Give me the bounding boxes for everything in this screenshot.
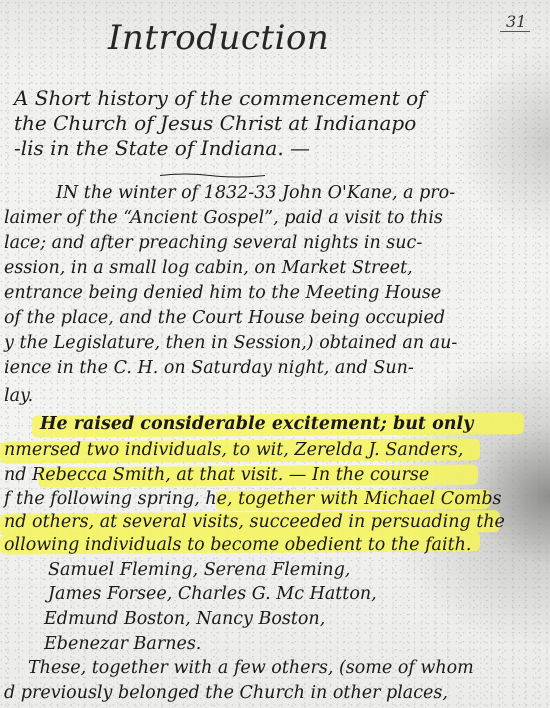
names-line: Edmund Boston, Nancy Boston, [44, 609, 325, 629]
divider-flourish-icon [160, 172, 265, 178]
body-line: ience in the C. H. on Saturday night, an… [4, 358, 414, 378]
body-line: nd Rebecca Smith, at that visit. — In th… [4, 465, 429, 485]
body-line: ollowing individuals to become obedient … [4, 535, 471, 555]
subtitle: A Short history of the commencement of t… [14, 86, 534, 161]
body-line: of the place, and the Court House being … [4, 308, 445, 328]
names-line: James Forsee, Charles G. Mc Hatton, [48, 584, 377, 604]
body-line: entrance being denied him to the Meeting… [4, 283, 441, 303]
body-line: nd others, at several visits, succeeded … [4, 512, 505, 532]
body-line: laimer of the “Ancient Gospel”, paid a v… [4, 208, 443, 228]
subtitle-line: the Church of Jesus Christ at Indianapo [14, 111, 534, 136]
page-number: 31 [500, 12, 530, 32]
page-title: Introduction [108, 18, 329, 58]
body-line: He raised considerable excitement; but o… [40, 414, 473, 434]
manuscript-page: 31 Introduction A Short history of the c… [0, 0, 550, 708]
subtitle-line: -lis in the State of Indiana. — [14, 136, 534, 161]
body-line: y the Legislature, then in Session,) obt… [4, 333, 457, 353]
names-line: Ebenezar Barnes. [44, 634, 201, 654]
body-line: nmersed two individuals, to wit, Zerelda… [4, 440, 463, 460]
body-line: These, together with a few others, (some… [28, 658, 474, 678]
names-line: Samuel Fleming, Serena Fleming, [48, 560, 350, 580]
subtitle-line: A Short history of the commencement of [14, 86, 534, 111]
body-line: d previously belonged the Church in othe… [4, 683, 448, 703]
body-line: lay. [4, 386, 33, 406]
body-line: ession, in a small log cabin, on Market … [4, 258, 413, 278]
body-line: f the following spring, he, together wit… [4, 489, 502, 509]
body-line: IN the winter of 1832-33 John O'Kane, a … [56, 183, 455, 203]
body-line: lace; and after preaching several nights… [4, 233, 422, 253]
